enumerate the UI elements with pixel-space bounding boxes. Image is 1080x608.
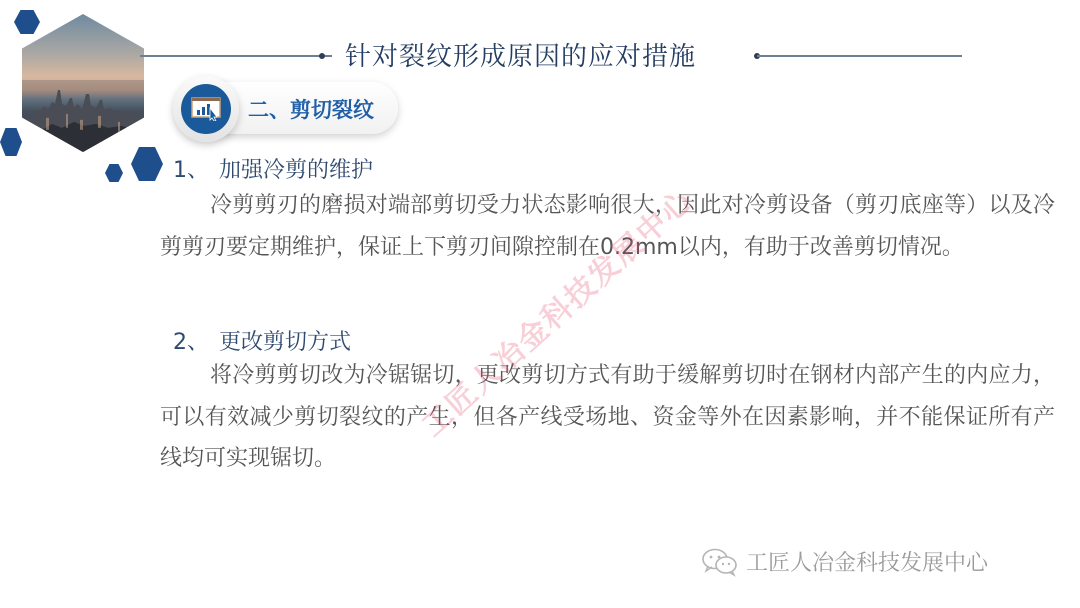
item-heading-2: 2、更改剪切方式 — [173, 325, 351, 356]
hexagon-decoration — [0, 128, 22, 156]
item-number: 1、 — [173, 153, 219, 184]
wechat-icon — [700, 547, 740, 577]
city-skyline-hexagon-image — [22, 14, 144, 152]
page-title: 针对裂纹形成原因的应对措施 — [345, 36, 696, 73]
footer-text: 工匠人冶金科技发展中心 — [746, 546, 988, 577]
section-label: 二、剪切裂纹 — [248, 94, 374, 124]
hexagon-decoration — [131, 147, 163, 181]
footer-brand: 工匠人冶金科技发展中心 — [700, 546, 988, 577]
title-rule-dot-left — [319, 53, 325, 59]
hexagon-decoration — [14, 10, 40, 34]
slide: 针对裂纹形成原因的应对措施 二、剪切裂纹 1、加强冷剪的维护 冷剪剪刃的磨损对端… — [0, 0, 1080, 608]
item-body-2: 将冷剪剪切改为冷锯锯切，更改剪切方式有助于缓解剪切时在钢材内部产生的内应力，可以… — [160, 355, 1055, 480]
skyline-icon — [22, 80, 144, 152]
item-heading-1: 1、加强冷剪的维护 — [173, 153, 373, 184]
item-number: 2、 — [173, 325, 219, 356]
item-title: 更改剪切方式 — [219, 330, 351, 355]
title-rule-left — [140, 55, 332, 57]
hexagon-decoration — [105, 164, 123, 182]
title-rule-right — [757, 55, 962, 57]
item-title: 加强冷剪的维护 — [219, 158, 373, 183]
chart-pointer-icon — [181, 84, 231, 134]
